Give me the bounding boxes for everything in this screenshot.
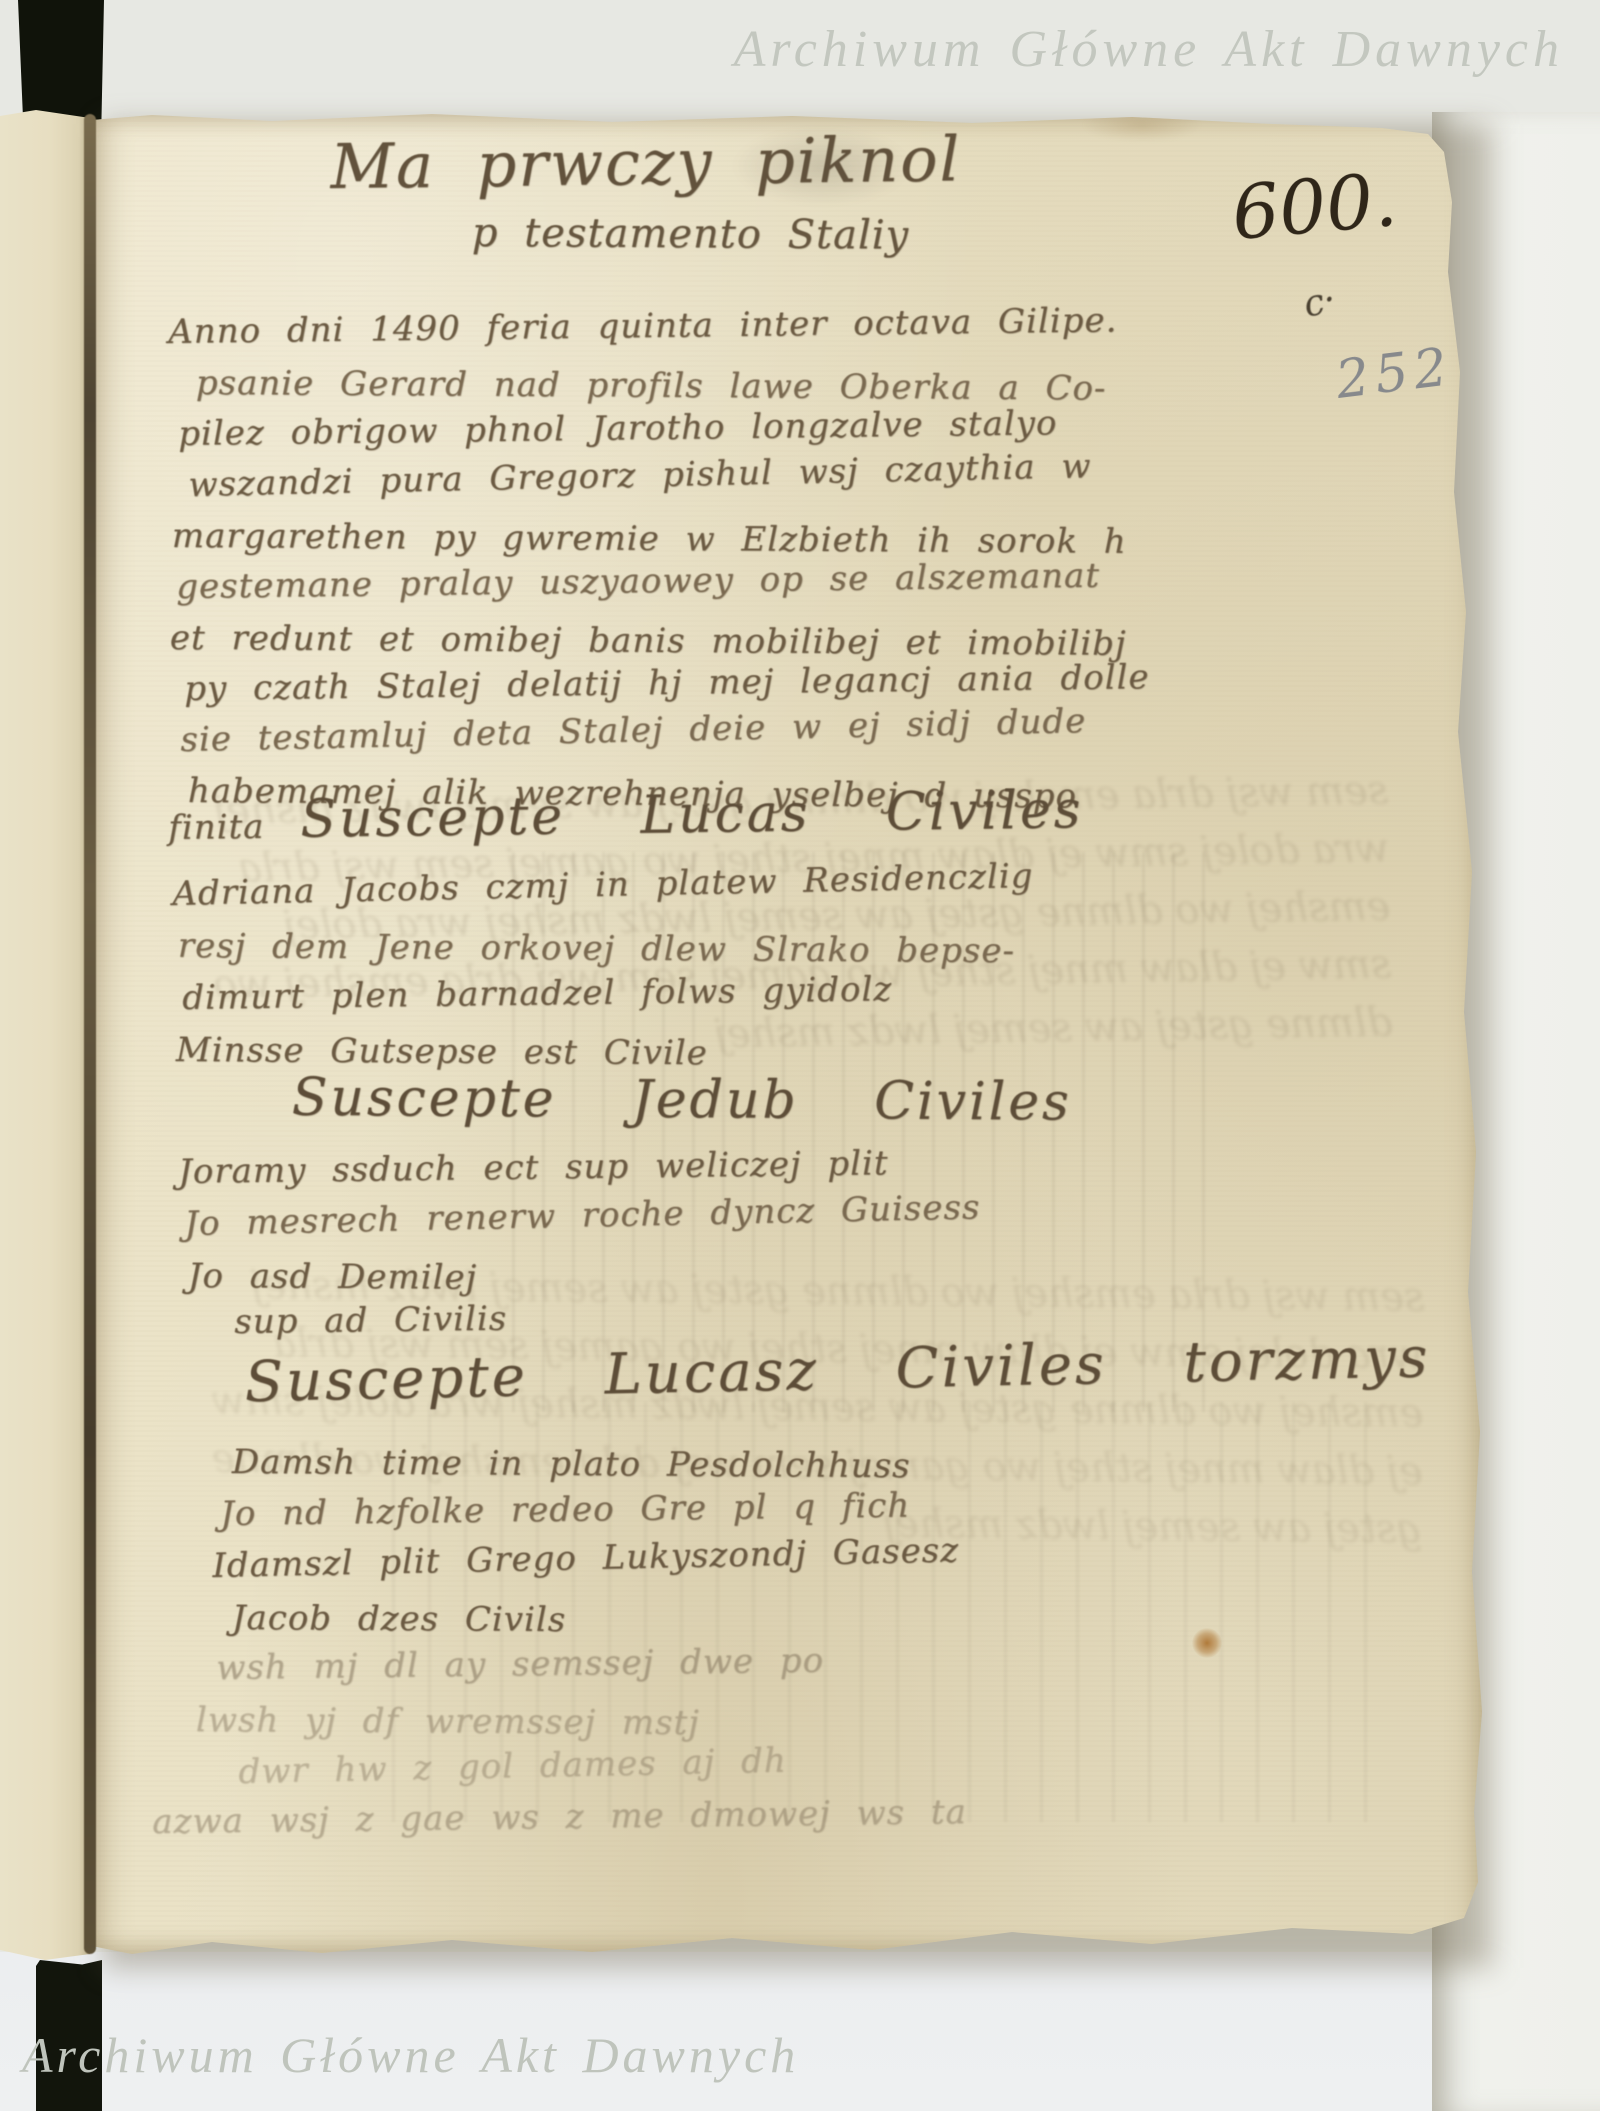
page-number-pencil: 252 xyxy=(1333,337,1457,411)
ms-line: sie testamluj deta Stalej deie w ej sidj… xyxy=(180,701,1087,760)
ms-line: pilez obrigow phnol Jarotho longzalve st… xyxy=(178,403,1058,454)
ms-faded-line: lwsh yj df wremssej mstj xyxy=(196,1700,700,1743)
ms-line: margarethen py gwremie w Elzbieth ih sor… xyxy=(172,516,1127,562)
ms-section-heading: Suscepte Lucas Civiles xyxy=(300,780,1084,850)
folio-number-ink: 600. xyxy=(1229,157,1401,257)
rust-stain xyxy=(1192,1628,1222,1658)
ms-faded-line: wsh mj dl ay semssej dwe po xyxy=(216,1641,824,1688)
ms-finita: finita xyxy=(168,807,265,848)
page-gutter-shadow xyxy=(84,114,96,1954)
ms-line: gestemane pralay uszyaowey op se alszema… xyxy=(176,556,1100,607)
ms-line: Jacob dzes Civils xyxy=(232,1598,567,1640)
ms-line: Jo asd Demilej xyxy=(188,1256,477,1298)
ms-line: Damsh time in plato Pesdolchhuss xyxy=(232,1442,911,1486)
ms-title-line: p testamento Staliy xyxy=(472,210,910,259)
ms-line: Jo nd hzfolke redeo Gre pl q fich xyxy=(220,1486,910,1534)
watermark-bottom: Archiwum Główne Akt Dawnych xyxy=(22,2026,799,2084)
ms-line: Anno dni 1490 feria quinta inter octava … xyxy=(168,300,1118,352)
ms-line: Minsse Gutsepse est Civile xyxy=(176,1030,708,1073)
ms-line: sup ad Civilis xyxy=(234,1299,507,1342)
manuscript-page: sem wsj drla emshej wo dlmne gstej aw se… xyxy=(92,112,1482,1957)
ink-smudge xyxy=(732,126,912,206)
ms-line: wszandzi pura Gregorz pishul wsj czaythi… xyxy=(188,446,1092,505)
ms-section-heading: Suscepte Jedub Civiles xyxy=(292,1068,1072,1133)
ms-faded-line: azwa wsj z gae ws z me dmowej ws ta xyxy=(152,1792,967,1842)
ms-line: et redunt et omibej banis mobilibej et i… xyxy=(170,618,1127,664)
edge-stain xyxy=(1082,108,1202,142)
ms-line: resj dem Jene orkovej dlew Slrako bepse- xyxy=(178,926,1015,971)
ms-line: py czath Stalej delatij hj mej legancj a… xyxy=(184,657,1150,709)
folio-flourish-mark: c· xyxy=(1300,279,1339,326)
ms-line: psanie Gerard nad profils lawe Oberka a … xyxy=(196,363,1107,409)
left-page-stub xyxy=(0,110,90,1960)
watermark-top: Archiwum Główne Akt Dawnych xyxy=(734,20,1564,79)
binding-strip-top xyxy=(18,0,104,122)
archive-scan: sem wsj drla emshej wo dlmne gstej aw se… xyxy=(0,0,1600,2111)
